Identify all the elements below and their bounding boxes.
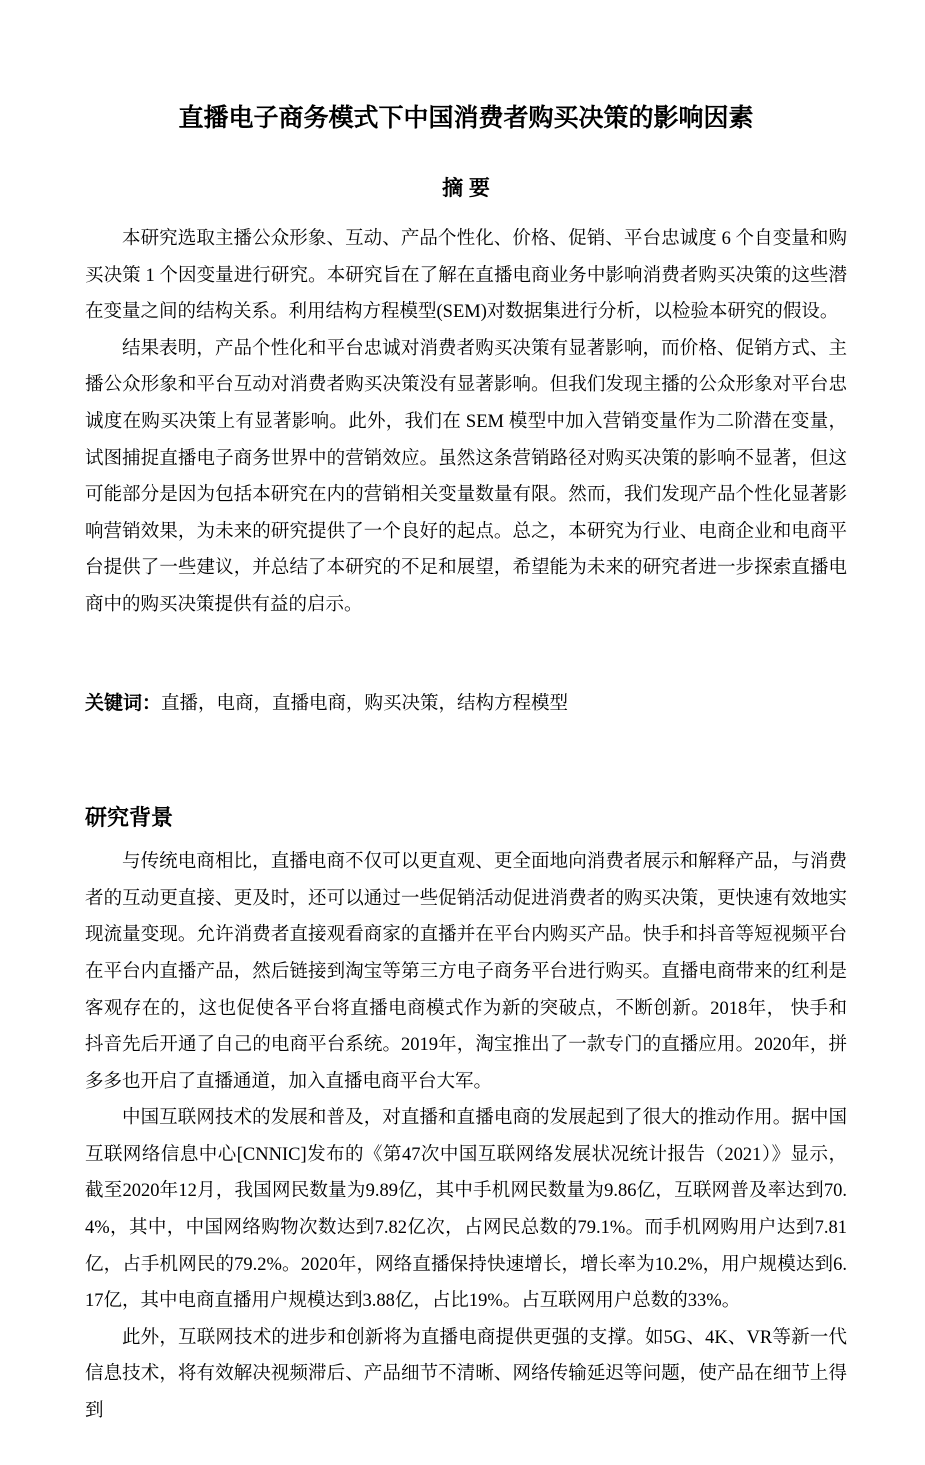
background-paragraph-2: 中国互联网技术的发展和普及，对直播和直播电商的发展起到了很大的推动作用。据中国互… — [85, 1100, 847, 1320]
document-page: 直播电子商务模式下中国消费者购买决策的影响因素 摘 要 本研究选取主播公众形象、… — [0, 0, 925, 1465]
background-paragraph-3: 此外，互联网技术的进步和创新将为直播电商提供更强的支撑。如5G、4K、VR等新一… — [85, 1320, 847, 1430]
abstract-paragraph-1: 本研究选取主播公众形象、互动、产品个性化、价格、促销、平台忠诚度 6 个自变量和… — [85, 221, 847, 331]
keywords-line: 关键词：直播，电商，直播电商，购买决策，结构方程模型 — [85, 686, 847, 723]
abstract-heading: 摘 要 — [85, 174, 847, 204]
paper-title: 直播电子商务模式下中国消费者购买决策的影响因素 — [85, 100, 847, 136]
keywords-text: 直播，电商，直播电商，购买决策，结构方程模型 — [161, 694, 568, 714]
section-heading-research-background: 研究背景 — [85, 803, 847, 833]
abstract-paragraph-2: 结果表明，产品个性化和平台忠诚对消费者购买决策有显著影响，而价格、促销方式、主播… — [85, 331, 847, 624]
background-paragraph-1: 与传统电商相比，直播电商不仅可以更直观、更全面地向消费者展示和解释产品，与消费者… — [85, 844, 847, 1100]
keywords-label: 关键词： — [85, 693, 161, 714]
